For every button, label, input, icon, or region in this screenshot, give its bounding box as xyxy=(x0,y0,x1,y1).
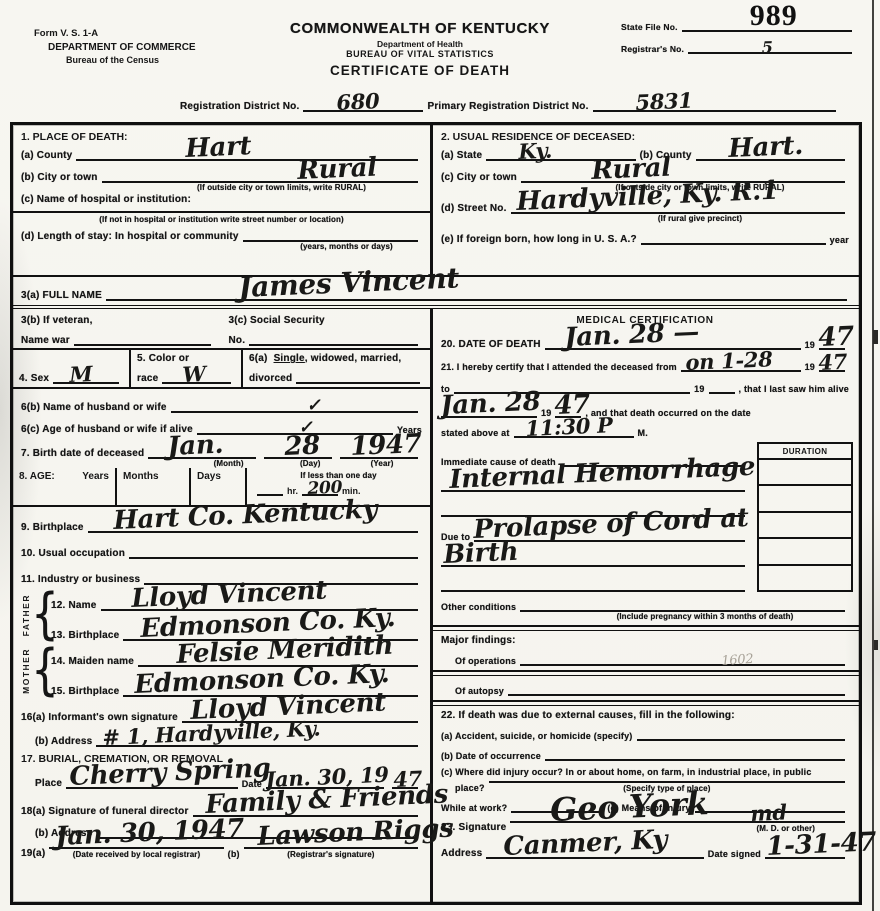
mother-side-label: MOTHER xyxy=(21,648,31,694)
hr-label: hr. xyxy=(287,486,298,496)
other-conditions-hint: (Include pregnancy within 3 months of de… xyxy=(561,612,849,621)
reg-district-label: Registration District No. xyxy=(180,101,299,112)
section1-divider xyxy=(13,211,430,213)
dept-commerce: DEPARTMENT OF COMMERCE xyxy=(48,42,196,53)
birthdate-day: 28 xyxy=(283,430,320,462)
header: Form V. S. 1-A DEPARTMENT OF COMMERCE Bu… xyxy=(0,14,880,98)
reg-district-value: 680 xyxy=(336,88,380,115)
res-street-label: (d) Street No. xyxy=(441,203,507,214)
commonwealth-title: COMMONWEALTH OF KENTUCKY xyxy=(255,20,585,37)
ssn-line xyxy=(249,332,418,346)
veteran-ssn-row: 3(b) If veteran, Name war 3(c) Social Se… xyxy=(13,313,430,350)
funeral-sig-label: 18(a) Signature of funeral director xyxy=(21,806,189,817)
to-19: 19 xyxy=(694,384,704,394)
marital-line2-label: divorced xyxy=(249,373,292,384)
dod-year-line: 47 xyxy=(819,336,845,350)
county-label: (a) County xyxy=(21,150,72,161)
main-columns: 3(b) If veteran, Name war 3(c) Social Se… xyxy=(13,309,859,902)
res-street-hint: (If rural give precinct) xyxy=(551,214,849,223)
color-line: W xyxy=(162,370,231,384)
husband-label: 6(b) Name of husband or wife xyxy=(21,402,167,413)
certify1-19: 19 xyxy=(805,362,815,372)
color-value: W xyxy=(182,361,206,387)
cause-lines: Immediate cause of death Internal Hemorr… xyxy=(441,442,749,592)
received-date-col: Jan. 30, 1947 (Date received by local re… xyxy=(49,847,223,859)
father-brace: { xyxy=(31,588,59,643)
ssn-label: 3(c) Social Security xyxy=(229,315,423,326)
res-street-line: Hardyville, Ky. R.1 xyxy=(511,200,845,214)
stay-label: (d) Length of stay: In hospital or commu… xyxy=(21,231,239,242)
hospital-hint: (If not in hospital or institution write… xyxy=(21,215,422,224)
field-length-of-stay: (d) Length of stay: In hospital or commu… xyxy=(21,228,422,242)
veteran-half: 3(b) If veteran, Name war xyxy=(21,315,215,346)
time-line: 11:30 P xyxy=(514,424,634,438)
field-sex: 4. Sex M xyxy=(13,350,131,387)
mother-name-label: 14. Maiden name xyxy=(51,656,134,667)
cause-blank-row-2 xyxy=(441,567,749,592)
due-value-2: Birth xyxy=(443,537,519,570)
while-at-work-label: While at work? xyxy=(441,803,507,813)
cause-of-death-area: Immediate cause of death Internal Hemorr… xyxy=(441,442,849,592)
last-saw-label: , that I last saw him alive xyxy=(739,384,849,394)
certificate-body: 1. PLACE OF DEATH: (a) County Hart (b) C… xyxy=(10,122,862,905)
dod-19: 19 xyxy=(805,340,815,350)
top-sections: 1. PLACE OF DEATH: (a) County Hart (b) C… xyxy=(13,125,859,277)
field-physician-address: Address Canmer, Ky Date signed 1-31-47 xyxy=(441,837,849,859)
received-date-hint: (Date received by local registrar) xyxy=(49,850,223,859)
field-full-name: 3(a) FULL NAME James Vincent xyxy=(13,277,859,309)
name-war-line xyxy=(74,332,211,346)
form-number: Form V. S. 1-A xyxy=(34,28,196,39)
due-to-row-2: Birth xyxy=(441,542,749,567)
section-usual-residence: 2. USUAL RESIDENCE OF DECEASED: (a) Stat… xyxy=(433,125,859,275)
header-agency: Form V. S. 1-A DEPARTMENT OF COMMERCE Bu… xyxy=(34,28,196,65)
birthdate-label: 7. Birth date of deceased xyxy=(21,448,144,459)
birthplace-label: 9. Birthplace xyxy=(21,522,84,533)
date-signed-line: 1-31-47 xyxy=(765,845,845,859)
city-label: (b) City or town xyxy=(21,172,98,183)
full-name-label: 3(a) FULL NAME xyxy=(21,290,102,301)
hospital-label: (c) Name of hospital or institution: xyxy=(21,194,191,205)
field-accident-suicide: (a) Accident, suicide, or homicide (spec… xyxy=(441,727,849,741)
scan-smudge xyxy=(874,640,878,650)
veteran-label: 3(b) If veteran, xyxy=(21,315,215,326)
field-other-conditions: Other conditions xyxy=(441,598,849,612)
duration-row xyxy=(759,539,851,565)
dept-health: Department of Health xyxy=(255,39,585,49)
father-side: FATHER { xyxy=(21,593,51,637)
ssn-no-label: No. xyxy=(229,335,246,346)
informant-addr-label: (b) Address xyxy=(35,736,92,747)
husband-line: ✓ xyxy=(171,399,418,413)
divider-double xyxy=(433,700,859,706)
informant-addr-line: # 1, Hardyville, Ky. xyxy=(96,733,418,747)
field-husband-wife: 6(b) Name of husband or wife ✓ xyxy=(21,395,422,413)
res-county-value: Hart. xyxy=(727,131,803,164)
injury-place-label: place? xyxy=(455,783,485,793)
certify1-year-line: 47 xyxy=(819,358,845,372)
city-line: Rural xyxy=(102,169,418,183)
res-county-line: Hart. xyxy=(696,147,845,161)
father-side-label: FATHER xyxy=(21,594,31,636)
physician-sig-suffix: md xyxy=(750,799,787,826)
birthdate-year: 1947 xyxy=(350,429,422,462)
marital-label: 6(a) Single, widowed, married, xyxy=(249,353,424,364)
occupation-line xyxy=(129,545,418,559)
husband-check: ✓ xyxy=(306,395,321,416)
date-signed-value: 1-31-47 xyxy=(765,827,876,862)
attended-line: Jan. 28 xyxy=(441,404,537,418)
city-value: Rural xyxy=(296,153,377,186)
age-label: 8. AGE: xyxy=(19,471,55,482)
certify1-value: on 1-28 xyxy=(685,346,773,375)
occurrence-line xyxy=(545,747,845,761)
foreign-line xyxy=(641,231,826,245)
of-autopsy-label: Of autopsy xyxy=(455,686,504,696)
marital-line xyxy=(296,370,420,384)
occupation-label: 10. Usual occupation xyxy=(21,548,125,559)
name-war-label: Name war xyxy=(21,335,70,346)
stay-line xyxy=(243,228,418,242)
of-operations-line: 1602 xyxy=(520,652,845,666)
birthplace-line: Hart Co. Kentucky xyxy=(88,519,418,533)
duration-box: DURATION xyxy=(757,442,853,592)
registration-district-row: Registration District No. 680 Primary Re… xyxy=(180,98,840,112)
state-file-label: State File No. xyxy=(621,22,678,32)
cause-line-4 xyxy=(441,578,745,592)
physician-sig-value: Geo York xyxy=(549,784,709,829)
other-conditions-label: Other conditions xyxy=(441,602,516,612)
sex-label: 4. Sex xyxy=(19,373,49,384)
of-operations-label: Of operations xyxy=(455,656,516,666)
foreign-suffix: year xyxy=(830,235,849,245)
stay-hint: (years, months or days) xyxy=(271,242,422,251)
field-birthplace: 9. Birthplace Hart Co. Kentucky xyxy=(21,515,422,533)
received-b: (b) xyxy=(228,849,240,859)
registrar-no-label: Registrar's No. xyxy=(621,44,684,54)
hr-line xyxy=(257,482,283,496)
age-months-header: Months xyxy=(123,471,159,482)
field-marital-status: 6(a) Single, widowed, married, divorced xyxy=(243,350,430,387)
field-name-war: Name war xyxy=(21,332,215,346)
res-state-label: (a) State xyxy=(441,150,482,161)
scan-smudge xyxy=(873,330,878,344)
marital-num: 6(a) xyxy=(249,353,268,364)
bureau-vital: BUREAU OF VITAL STATISTICS xyxy=(255,49,585,59)
cause-line-2: Internal Hemorrhage xyxy=(441,478,745,492)
mother-birth-label: 15. Birthplace xyxy=(51,686,119,697)
cause-value-row: Internal Hemorrhage xyxy=(441,467,749,492)
date-of-death-value: Jan. 28 — xyxy=(564,317,700,353)
field-ssn: No. xyxy=(229,332,423,346)
primary-district-value: 5831 xyxy=(635,88,693,115)
field-occupation: 10. Usual occupation xyxy=(21,541,422,559)
birthdate-day-line: 28 xyxy=(264,445,332,459)
accident-line xyxy=(637,727,845,741)
hr-min-line: hr. 200 min. xyxy=(253,482,424,496)
res-city-label: (c) City or town xyxy=(441,172,517,183)
major-findings-label: Major findings: xyxy=(441,635,849,646)
divider-double xyxy=(433,670,859,676)
reg-district-line: 680 xyxy=(303,98,423,112)
of-autopsy-line xyxy=(508,682,845,696)
certify-line-3: Jan. 28 19 47 , and that death occurred … xyxy=(441,400,849,418)
certify1-label: 21. I hereby certify that I attended the… xyxy=(441,362,677,372)
mother-brace: { xyxy=(31,644,59,699)
physician-addr-line: Canmer, Ky xyxy=(486,845,703,859)
certify1-year-value: 47 xyxy=(818,349,848,375)
father-birth-label: 13. Birthplace xyxy=(51,630,119,641)
color-label-2: race xyxy=(137,373,158,384)
birthdate-month-line: Jan. xyxy=(148,445,256,459)
to-year-line xyxy=(709,380,735,394)
certify-line-4: stated above at 11:30 P M. xyxy=(441,422,849,438)
registrar-sig-line: Lawson Riggs xyxy=(244,847,418,849)
age-years-header: Years xyxy=(82,471,109,482)
right-column: MEDICAL CERTIFICATION 20. DATE OF DEATH … xyxy=(433,309,859,902)
state-file-value: 989 xyxy=(750,0,798,33)
due-line-2: Birth xyxy=(441,553,745,567)
accident-label: (a) Accident, suicide, or homicide (spec… xyxy=(441,731,633,741)
marital-single: Single xyxy=(274,353,305,364)
field-city: (b) City or town Rural xyxy=(21,169,422,183)
field-of-operations: Of operations 1602 xyxy=(441,650,849,666)
min-line: 200 xyxy=(302,482,338,496)
field-res-street: (d) Street No. Hardyville, Ky. R.1 xyxy=(441,200,849,214)
duration-row xyxy=(759,513,851,539)
marital-rest: , widowed, married, xyxy=(305,353,402,364)
field-foreign-born: (e) If foreign born, how long in U. S. A… xyxy=(441,231,849,245)
divider-double xyxy=(433,625,859,631)
city-hint: (If outside city or town limits, write R… xyxy=(141,183,422,192)
full-name-line: James Vincent xyxy=(106,287,847,301)
time-value: 11:30 P xyxy=(524,412,612,441)
received-date-line: Jan. 30, 1947 xyxy=(49,847,223,849)
registrar-sig-value: Lawson Riggs xyxy=(256,813,453,852)
state-file-line: 989 xyxy=(682,18,852,32)
field-birth-date: 7. Birth date of deceased Jan. 28 1947 xyxy=(21,441,422,459)
burial-place-label: Place xyxy=(35,778,62,789)
primary-district-line: 5831 xyxy=(593,98,836,112)
county-value: Hart xyxy=(184,131,251,164)
other-conditions-line xyxy=(520,598,845,612)
duration-row xyxy=(759,486,851,512)
occurrence-label: (b) Date of occurrence xyxy=(441,751,541,761)
operations-pencil-note: 1602 xyxy=(720,652,753,669)
duration-header: DURATION xyxy=(759,444,851,460)
physician-addr-value: Canmer, Ky xyxy=(502,825,667,862)
certify-line-1: 21. I hereby certify that I attended the… xyxy=(441,356,849,372)
injury-place-line xyxy=(489,781,845,783)
field-date-received: 19(a) Jan. 30, 1947 (Date received by lo… xyxy=(21,847,422,859)
stated-label: stated above at xyxy=(441,428,510,438)
field-hospital: (c) Name of hospital or institution: xyxy=(21,194,422,205)
certify1-line: on 1-28 xyxy=(681,358,801,372)
ssn-half: 3(c) Social Security No. xyxy=(215,315,423,346)
header-file-numbers: State File No. 989 Registrar's No. 5 xyxy=(621,18,856,62)
section-place-of-death: 1. PLACE OF DEATH: (a) County Hart (b) C… xyxy=(13,125,433,275)
sex-value: M xyxy=(69,361,93,387)
age-months-cell: Months xyxy=(117,468,191,505)
duration-row xyxy=(759,460,851,486)
physician-addr-label: Address xyxy=(441,848,482,859)
external-causes-title: 22. If death was due to external causes,… xyxy=(441,710,849,721)
sex-color-marital-row: 4. Sex M 5. Color or race W xyxy=(13,350,430,389)
age-days-header: Days xyxy=(197,471,221,482)
registrar-no-line: 5 xyxy=(688,40,852,54)
death-certificate-scan: Form V. S. 1-A DEPARTMENT OF COMMERCE Bu… xyxy=(0,0,880,911)
birthdate-year-line: 1947 xyxy=(340,445,418,459)
foreign-label: (e) If foreign born, how long in U. S. A… xyxy=(441,234,637,245)
registrar-sig-col: Lawson Riggs (Registrar's signature) xyxy=(244,847,418,859)
m-label: M. xyxy=(638,428,648,438)
received-date-value: Jan. 30, 1947 xyxy=(55,814,245,852)
sex-line: M xyxy=(53,370,119,384)
field-date-occurrence: (b) Date of occurrence xyxy=(441,747,849,761)
age-days-cell: Days xyxy=(191,468,247,505)
field-color-race: 5. Color or race W xyxy=(131,350,243,387)
age-years-cell: 8. AGE:Years xyxy=(13,468,117,505)
primary-district-label: Primary Registration District No. xyxy=(427,101,588,112)
injury-where-label: (c) Where did injury occur? In or about … xyxy=(441,767,849,777)
burial-place-line: Cherry Spring xyxy=(66,775,238,789)
registrar-no-value: 5 xyxy=(762,38,773,57)
film-edge-artifact xyxy=(872,0,874,911)
birthdate-month: Jan. xyxy=(167,430,224,462)
received-num: 19(a) xyxy=(21,848,45,859)
res-state-value: Ky. xyxy=(518,138,553,164)
field-informant-address: (b) Address # 1, Hardyville, Ky. xyxy=(21,729,422,747)
header-title-block: COMMONWEALTH OF KENTUCKY Department of H… xyxy=(255,20,585,78)
certificate-title: CERTIFICATE OF DEATH xyxy=(255,63,585,78)
bureau-census: Bureau of the Census xyxy=(66,55,196,65)
duration-row xyxy=(759,566,851,590)
field-of-autopsy: Of autopsy xyxy=(441,680,849,696)
date-of-death-label: 20. DATE OF DEATH xyxy=(441,339,541,350)
left-column: 3(b) If veteran, Name war 3(c) Social Se… xyxy=(13,309,433,902)
date-signed-label: Date signed xyxy=(708,849,761,859)
field-date-of-death: 20. DATE OF DEATH Jan. 28 — 19 47 xyxy=(441,330,849,350)
informant-sig-label: 16(a) Informant's own signature xyxy=(21,712,178,723)
mother-side: MOTHER { xyxy=(21,648,51,694)
physician-sig-line: Geo York md xyxy=(510,821,845,823)
